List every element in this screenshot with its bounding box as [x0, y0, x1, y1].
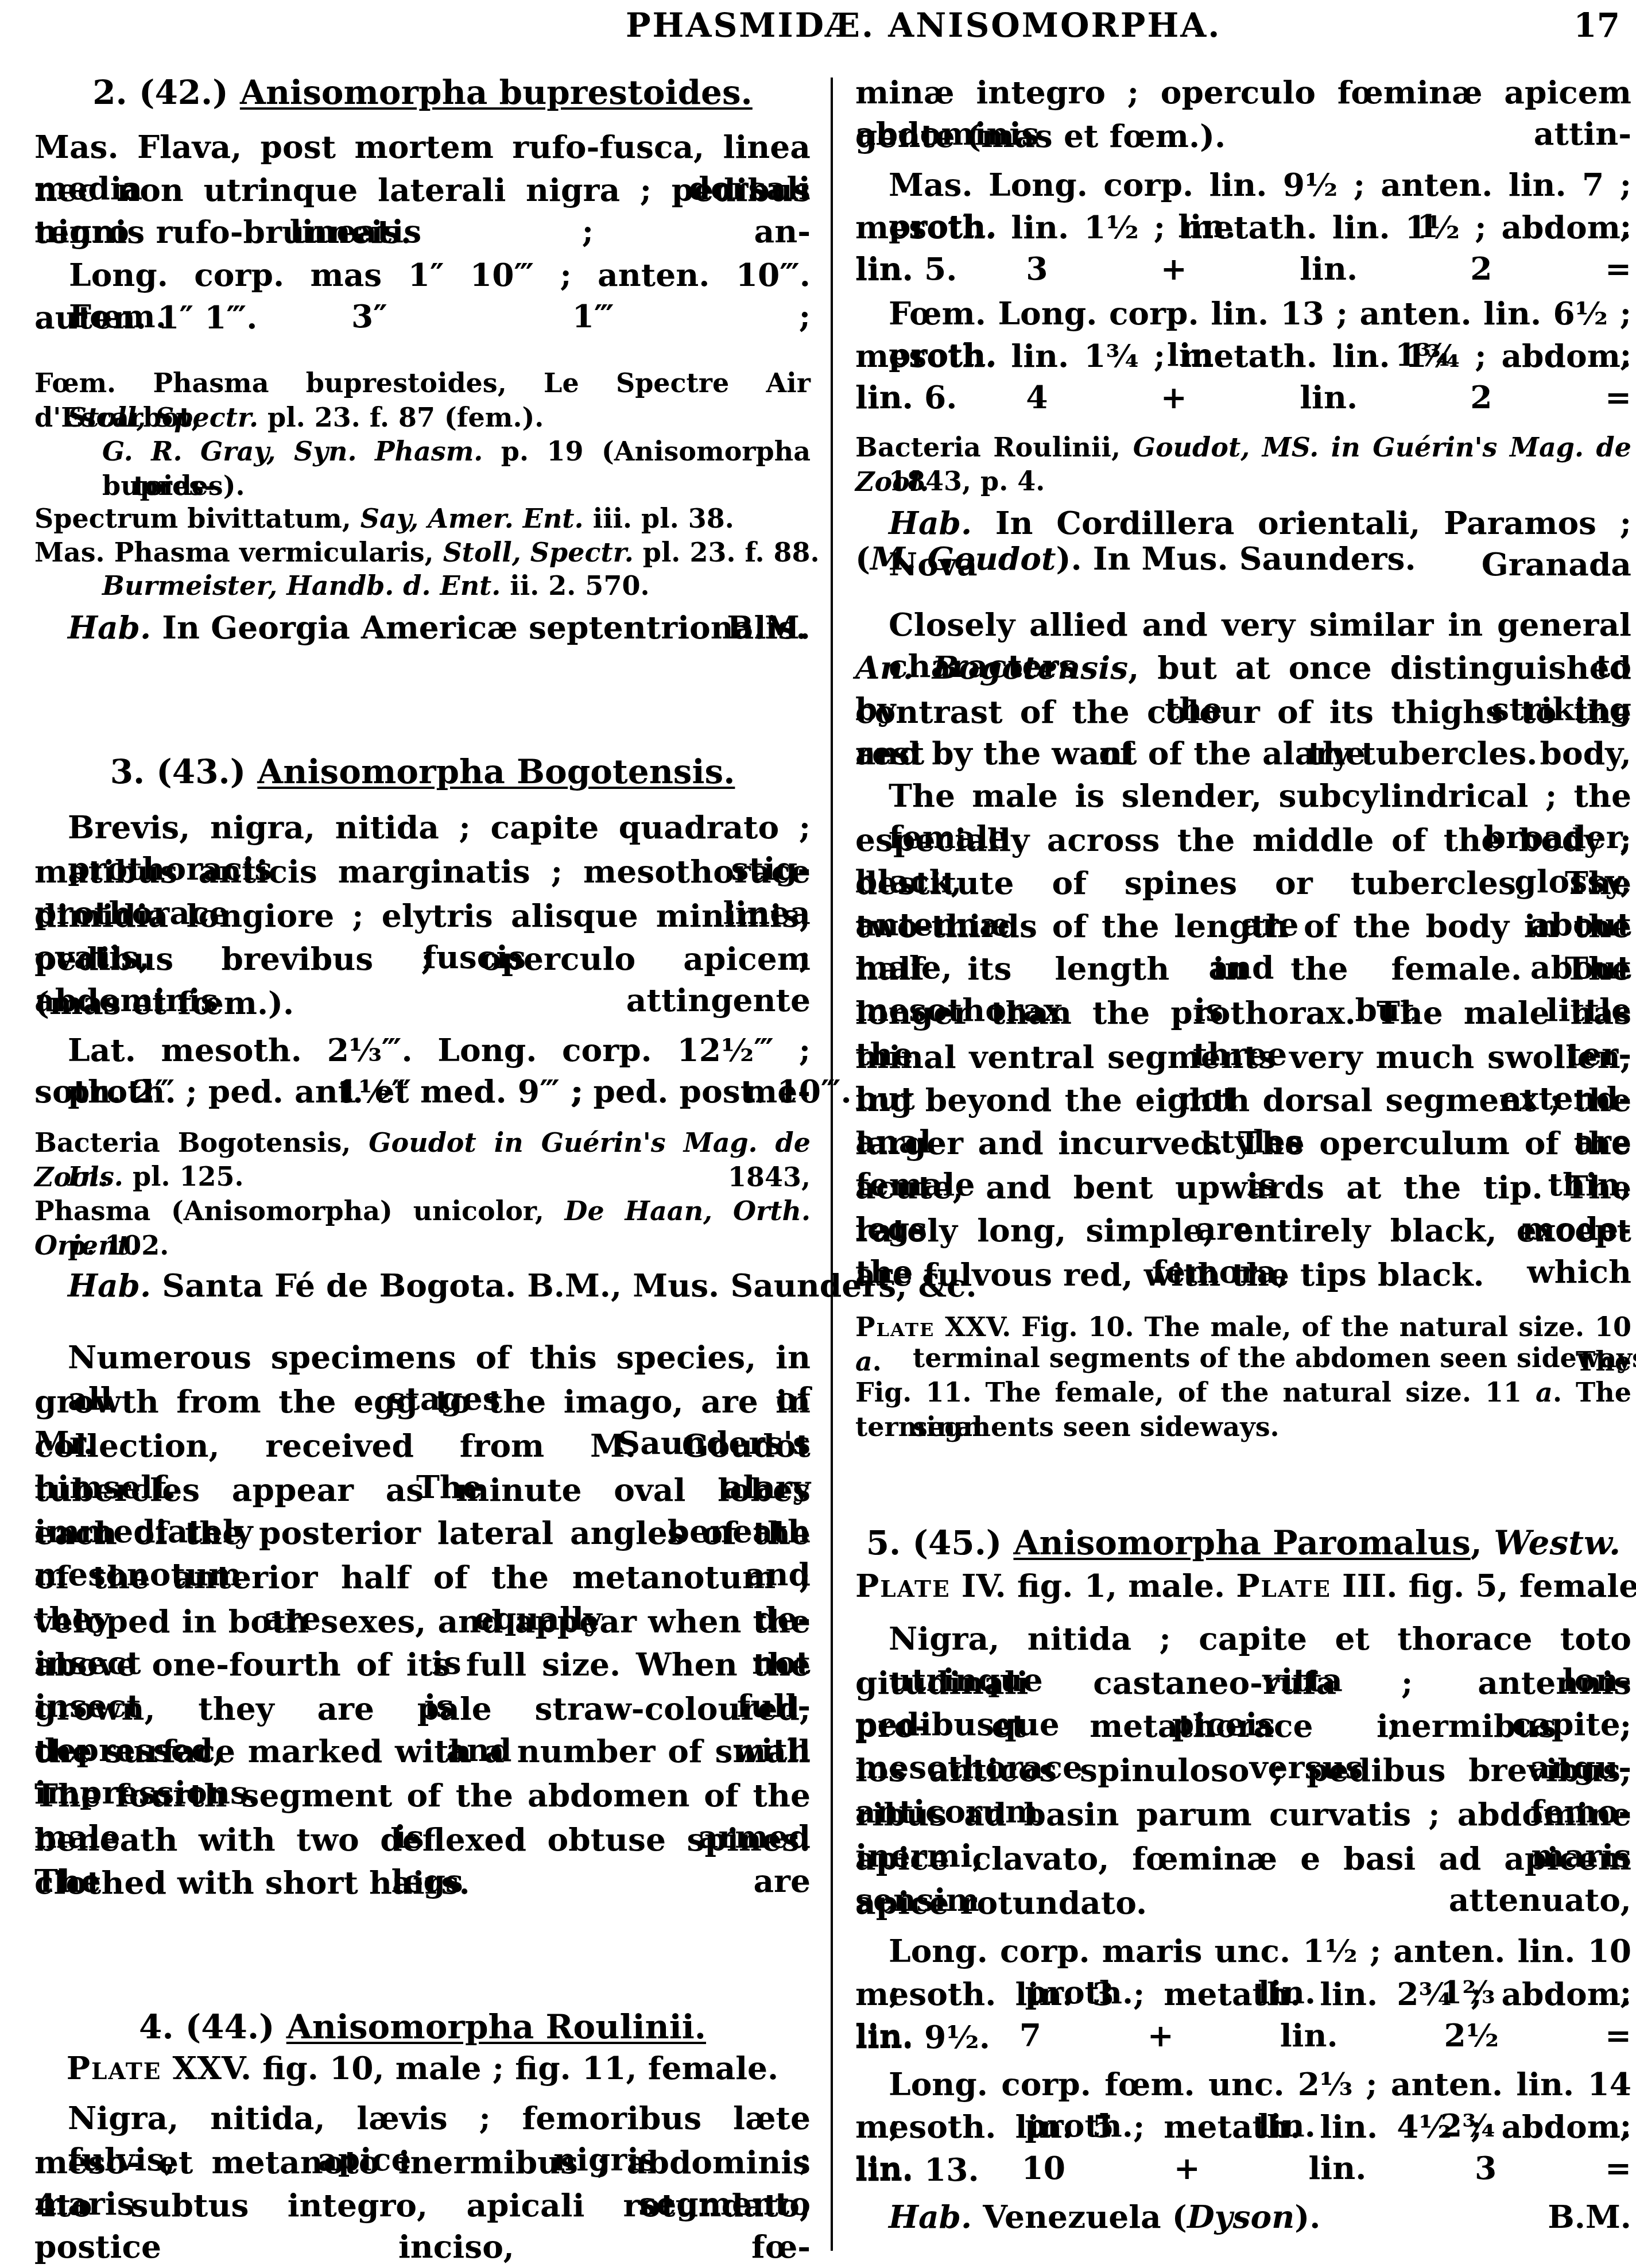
text-line: and by the want of the alary tubercles. — [855, 733, 1631, 774]
text-run: 5. (45.) — [866, 1523, 1014, 1562]
text-run: 1843, p. 4. — [889, 466, 1045, 497]
text-line: mesoth. lin. 1½ ; metath. lin. 1½ ; abdo… — [855, 207, 1631, 248]
species-name: Anisomorpha Paromalus — [1013, 1523, 1470, 1562]
text-line: pro- et metathorace inermibus ; mesothor… — [855, 1705, 1631, 1747]
italic-text: Hab. — [68, 1267, 151, 1304]
text-run: IV. fig. 1, male. — [951, 1567, 1236, 1604]
species-name: Anisomorpha Roulinii. — [286, 2007, 706, 2046]
small-caps-text: Plate — [67, 2049, 162, 2087]
text-line: 1843, p. 4. — [889, 464, 1631, 498]
text-line: Brevis, nigra, nitida ; capite quadrato … — [68, 807, 811, 848]
text-line: contrast of the colour of its thighs to … — [855, 691, 1631, 733]
left-column: 2. (42.) Anisomorpha buprestoides. Mas. … — [34, 0, 811, 2268]
text-line: minæ integro ; operculo fœminæ apicem ab… — [855, 72, 1631, 113]
text-run: XXV. Fig. 10. The male, of the natural s… — [935, 1311, 1631, 1342]
text-line: Mas. Long. corp. lin. 9½ ; anten. lin. 7… — [889, 164, 1631, 206]
text-line: of the anterior half of the metanotum ; … — [34, 1557, 811, 1598]
text-run: and by the want of the alary tubercles. — [855, 734, 1537, 772]
text-line: beneath with two deflexed obtuse spines.… — [34, 1819, 811, 1860]
text-run: soth. 2‴ ; ped. ant. et med. 9‴ ; ped. p… — [34, 1073, 852, 1110]
text-line: tubercles appear as minute oval lobes im… — [34, 1469, 811, 1511]
text-line: gitudinali castaneo-rufa ; antennis pedi… — [855, 1662, 1631, 1704]
text-line: larger and incurved. The operculum of th… — [855, 1123, 1631, 1164]
text-line: Lat. mesoth. 2⅓‴. Long. corp. 12½‴ ; pro… — [68, 1029, 811, 1071]
text-line: Mas. Flava, post mortem rufo-fusca, line… — [34, 126, 811, 168]
text-line: Long. corp. mas 1″ 10‴ ; anten. 10‴. Fœm… — [69, 254, 811, 296]
text-line: minal ventral segments very much swollen… — [855, 1036, 1631, 1078]
text-line: Stoll, Spectr. pl. 23. f. 87 (fem.). — [68, 400, 811, 435]
text-line: apice rotundato. — [855, 1882, 1631, 1923]
text-line: each of the posterior lateral angles of … — [34, 1512, 811, 1554]
text-line: destitute of spines or tubercles. The an… — [855, 862, 1631, 904]
text-line: soth. 2‴ ; ped. ant. et med. 9‴ ; ped. p… — [34, 1071, 811, 1112]
species-name: Anisomorpha buprestoides. — [240, 73, 753, 112]
species-name: Anisomorpha Bogotensis. — [257, 752, 735, 791]
text-line: Closely allied and very similar in gener… — [889, 604, 1631, 645]
text-run: lin. 5. — [855, 250, 957, 288]
italic-text: M. Goudot — [870, 540, 1056, 577]
text-line: pedibus brevibus ; operculo apicem abdom… — [34, 938, 811, 980]
text-run: Phasma (Anisomorpha) unicolor, — [34, 1195, 565, 1226]
italic-text: a — [1536, 1377, 1553, 1408]
text-line: The male is slender, subcylindrical ; th… — [889, 775, 1631, 816]
italic-text: Westw. — [1494, 1523, 1621, 1562]
text-line: tennis rufo-brunneis. — [34, 211, 811, 253]
italic-text: An. Bogotensis — [855, 649, 1128, 686]
text-run: apice rotundato. — [855, 1884, 1147, 1921]
text-run: B.M. — [1548, 2198, 1631, 2235]
text-run: XXV. fig. 10, male ; fig. 11, female. — [161, 2049, 778, 2087]
text-line: Plate XXV. fig. 10, male ; fig. 11, fema… — [34, 2048, 811, 2089]
text-run: 4to subtus integro, apicali rotundato, p… — [34, 2186, 811, 2265]
right-column: minæ integro ; operculo fœminæ apicem ab… — [855, 0, 1631, 2268]
text-line: acute, and bent upwards at the tip. The … — [855, 1167, 1631, 1208]
text-run: clothed with short hairs. — [34, 1864, 470, 1901]
text-run: lin. 6. — [855, 378, 957, 416]
italic-text: a — [855, 1346, 873, 1377]
text-run: tennis rufo-brunneis. — [34, 213, 412, 250]
text-line: auten. 1″ 1‴. — [34, 297, 811, 338]
text-run: B.M. — [727, 609, 811, 646]
text-line: Nigra, nitida, lævis ; femoribus læte fu… — [68, 2097, 811, 2139]
small-caps-text: Plate — [1236, 1567, 1331, 1604]
species-heading: 3. (43.) Anisomorpha Bogotensis. — [34, 751, 811, 792]
text-line: los anticos spinuloso ; pedibus brevibus… — [855, 1750, 1631, 1791]
text-line: grown, they are pale straw-coloured, dep… — [34, 1688, 811, 1729]
text-run: lin. 9½. — [855, 2018, 990, 2056]
text-run: are fulvous red, with the tips black. — [855, 1256, 1484, 1293]
text-line: ribus ad basin parum curvatis ; abdomine… — [855, 1794, 1631, 1835]
text-run: p. 102. — [68, 1230, 169, 1261]
text-run: pl. 125. — [123, 1161, 244, 1192]
text-line: Burmeister, Handb. d. Ent. ii. 2. 570. — [102, 568, 811, 603]
text-line: mesoth. lin. 1¾ ; metath. lin. 1¾ ; abdo… — [855, 335, 1631, 377]
text-line: collection, received from M. Goudot hims… — [34, 1425, 811, 1466]
text-run: pl. 23. f. 87 (fem.). — [258, 402, 544, 433]
text-line: mesoth. lin. 3 ; metath. lin. 2¾ ; abdom… — [855, 1973, 1631, 2015]
text-run: ( — [855, 540, 870, 577]
text-line: growth from the egg to the imago, are in… — [34, 1381, 811, 1422]
text-run: 2. (42.) — [92, 73, 240, 112]
text-line: two-thirds of the length of the body in … — [855, 905, 1631, 947]
text-run: 3. (43.) — [110, 752, 258, 791]
text-line: above one-fourth of its full size. When … — [34, 1644, 811, 1685]
text-line: terminal segments of the abdomen seen si… — [913, 1341, 1631, 1375]
text-run: iii. pl. 38. — [584, 503, 734, 534]
small-caps-text: Plate — [855, 1567, 951, 1604]
text-run: ). In Mus. Saunders. — [1056, 540, 1416, 577]
text-line: especially across the middle of the body… — [855, 819, 1631, 861]
text-line: meso- et metanoto inermibus ; abdominis … — [34, 2142, 811, 2183]
text-line: p. 102. — [68, 1228, 811, 1263]
text-line: Hab. Santa Fé de Bogota. B.M., Mus. Saun… — [68, 1265, 811, 1306]
text-run: Mas. Phasma vermicularis, — [34, 537, 443, 568]
text-run: Santa Fé de Bogota. B.M., Mus. Saunders,… — [151, 1267, 977, 1304]
species-heading: 5. (45.) Anisomorpha Paromalus, Westw. — [855, 1522, 1631, 1563]
text-run: Bacteria Roulinii, — [855, 432, 1133, 463]
small-caps-text: Plate — [855, 1311, 935, 1342]
text-line: mesoth. lin. 5 ; metath. lin. 4½ ; abdom… — [855, 2106, 1631, 2147]
text-line: matibus anticis marginatis ; mesothorace… — [34, 851, 811, 892]
species-heading: 2. (42.) Anisomorpha buprestoides. — [34, 72, 811, 113]
text-line: apice clavato, fœminæ e basi ad apicem s… — [855, 1838, 1631, 1879]
column-divider — [831, 78, 833, 2251]
text-line: Numerous specimens of this species, in a… — [68, 1337, 811, 1378]
text-line: ing beyond the eighth dorsal segment ; t… — [855, 1079, 1631, 1121]
text-line: segments seen sideways. — [913, 1410, 1631, 1444]
text-line: gente (mas et fœm.). — [855, 115, 1631, 157]
text-line: rately long, simple, entirely black, exc… — [855, 1210, 1631, 1251]
italic-text: Hab. — [889, 504, 972, 541]
text-line: An. Bogotensis, but at once distinguishe… — [855, 647, 1631, 688]
text-line: toides). — [133, 469, 811, 503]
italic-text: Burmeister, Handb. d. Ent. — [102, 570, 501, 601]
italic-text: Ins. — [68, 1161, 123, 1192]
text-line: dimidia longiore ; elytris alisque minim… — [34, 895, 811, 936]
text-line: the surface marked with a number of smal… — [34, 1731, 811, 1772]
text-run: pl. 23. f. 88. — [634, 537, 820, 568]
text-run: (mas et fœm.). — [34, 984, 294, 1021]
text-run: , — [1471, 1523, 1494, 1562]
text-line: The fourth segment of the abdomen of the… — [34, 1775, 811, 1816]
text-line: Nigra, nitida ; capite et thorace toto u… — [889, 1618, 1631, 1659]
text-line: Spectrum bivittatum, Say, Amer. Ent. iii… — [34, 501, 811, 536]
text-run: Bacteria Bogotensis, — [34, 1127, 369, 1158]
text-line: clothed with short hairs. — [34, 1862, 811, 1903]
text-line: Fœm. Long. corp. lin. 13 ; anten. lin. 6… — [889, 293, 1631, 334]
italic-text: Say, Amer. Ent. — [360, 503, 584, 534]
italic-text: Stoll, Spectr. — [68, 402, 258, 433]
italic-text: Stoll, Spectr. — [443, 537, 634, 568]
text-line: Long. corp. fœm. unc. 2⅓ ; anten. lin. 1… — [889, 2064, 1631, 2105]
text-line: 4to subtus integro, apicali rotundato, p… — [34, 2185, 811, 2226]
text-line: Ins. pl. 125. — [68, 1159, 811, 1194]
text-line: Plate IV. fig. 1, male. Plate III. fig. … — [855, 1565, 1631, 1607]
text-line: lin. 13. — [855, 2149, 1631, 2190]
text-line: half its length in the female. The mesot… — [855, 948, 1631, 989]
text-line: B.M. — [855, 2196, 1631, 2238]
text-line: lin. 9½. — [855, 2017, 1631, 2058]
text-run: gente (mas et fœm.). — [855, 117, 1226, 154]
text-line: veloped in both sexes, and appear when t… — [34, 1601, 811, 1642]
italic-text: G. R. Gray, Syn. Phasm. — [102, 436, 483, 467]
text-run: 4. (44.) — [139, 2007, 286, 2046]
text-run: Fig. 11. The female, of the natural size… — [855, 1377, 1536, 1408]
species-heading: 4. (44.) Anisomorpha Roulinii. — [34, 2006, 811, 2048]
text-line: (mas et fœm.). — [34, 982, 811, 1024]
text-run: auten. 1″ 1‴. — [34, 299, 257, 336]
text-run: terminal segments of the abdomen seen si… — [913, 1342, 1636, 1373]
text-line: lin. 5. — [855, 249, 1631, 290]
text-line: Mas. Phasma vermicularis, Stoll, Spectr.… — [34, 535, 811, 570]
text-line: Long. corp. maris unc. 1½ ; anten. lin. … — [889, 1930, 1631, 1972]
text-line: are fulvous red, with the tips black. — [855, 1254, 1631, 1295]
text-run: lin. 13. — [855, 2151, 979, 2188]
text-run: Spectrum bivittatum, — [34, 503, 360, 534]
text-run: ii. 2. 570. — [501, 570, 649, 601]
text-run: segments seen sideways. — [913, 1411, 1280, 1442]
text-line: longer than the prothorax. The male has … — [855, 992, 1631, 1034]
text-line: nec non utrinque laterali nigra ; pedibu… — [34, 169, 811, 211]
text-run: toides). — [133, 470, 245, 501]
text-line: (M. Goudot). In Mus. Saunders. — [855, 538, 1631, 579]
text-line: lin. 6. — [855, 377, 1631, 418]
text-run: III. fig. 5, female. — [1331, 1567, 1636, 1604]
text-line: B.M. — [34, 607, 811, 648]
